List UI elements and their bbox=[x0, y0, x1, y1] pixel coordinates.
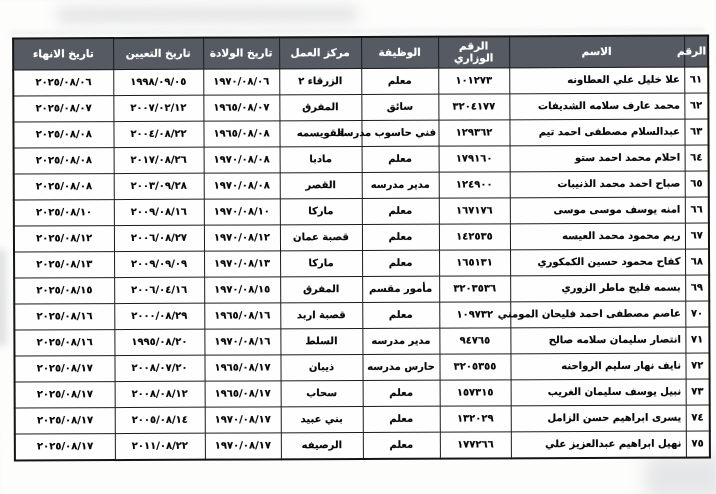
cell-name-value: احلام محمد احمد ستو bbox=[575, 153, 680, 164]
cell-job: معلم bbox=[362, 198, 439, 224]
cell-hire_date-value: ٢٠٠٨/٠٧/٢٠ bbox=[131, 363, 187, 374]
cell-hire_date-value: ٢٠١٧/٠٨/٢٦ bbox=[131, 155, 187, 166]
cell-id-value: ٦٩ bbox=[691, 282, 703, 293]
cell-ministry_no: ١٦٥١٣١ bbox=[439, 250, 510, 276]
cell-hire_date-value: ٢٠٠٣/٠٩/٢٨ bbox=[131, 181, 187, 192]
cell-name: احلام محمد احمد ستو bbox=[510, 145, 685, 172]
column-header-id: الرقم bbox=[684, 35, 708, 67]
cell-hire_date-value: ٢٠٠٨/٠٨/١٢ bbox=[132, 389, 188, 400]
cell-work_center-value: قصبة عمان bbox=[293, 232, 349, 243]
cell-job-value: معلم bbox=[389, 310, 413, 321]
cell-hire_date: ٢٠٠٦/٠٨/٢٧ bbox=[114, 225, 204, 251]
cell-birth_date: ١٩٧٠/٠٨/٠٦ bbox=[203, 69, 279, 95]
cell-ministry_no-value: ١٢٤٩٠٠ bbox=[456, 179, 493, 190]
cell-ministry_no-value: ١٧٧٢٦٦ bbox=[457, 439, 494, 450]
table-row: ٦٩بسمه فليح ماطر الزوري٣٢٠٣٥٣٦مأمور مقسم… bbox=[14, 275, 709, 304]
cell-work_center-value: القويسمه bbox=[297, 128, 344, 139]
cell-job-value: معلم bbox=[388, 206, 412, 217]
table-row: ٧٤يسرى ابراهيم حسن الزامل١٣٢٠٢٩معلمبني ع… bbox=[15, 405, 710, 434]
cell-ministry_no-value: ١٤٢٥٣٥ bbox=[456, 231, 493, 242]
cell-ministry_no: ١٤٢٥٣٥ bbox=[439, 224, 510, 250]
cell-birth_date-value: ١٩٧٠/٠٨/١٢ bbox=[214, 232, 270, 243]
cell-birth_date-value: ١٩٧٠/٠٨/١٥ bbox=[214, 284, 270, 295]
cell-name: صباح احمد محمد الذنيبات bbox=[510, 171, 685, 198]
cell-work_center: الزرقاء ٢ bbox=[279, 68, 361, 94]
table-row: ٦٤احلام محمد احمد ستو١٧٩١٦٠معلممادبا١٩٧٠… bbox=[14, 145, 709, 174]
cell-hire_date: ٢٠١٧/٠٨/٢٦ bbox=[114, 147, 204, 173]
cell-birth_date: ١٩٧٠/٠٨/١٣ bbox=[204, 251, 280, 277]
cell-end_date: ٢٠٢٥/٠٨/١٧ bbox=[15, 434, 115, 461]
cell-id-value: ٧٠ bbox=[691, 308, 703, 319]
table-row: ٧٥نهيل ابراهيم عبدالعزيز علي١٧٧٢٦٦معلمال… bbox=[15, 431, 710, 461]
cell-ministry_no: ٣٢٠٤١٧٧ bbox=[438, 94, 509, 120]
cell-end_date-value: ٢٠٢٥/٠٨/١٦ bbox=[37, 337, 93, 348]
cell-job: فني حاسوب مدرسة bbox=[361, 120, 438, 146]
cell-work_center-value: ماركا bbox=[308, 258, 333, 269]
cell-hire_date: ٢٠١١/٠٨/٢٢ bbox=[115, 433, 205, 460]
cell-end_date: ٢٠٢٥/٠٨/٠٨ bbox=[14, 174, 114, 200]
cell-birth_date-value: ١٩٦٥/٠٨/٠٨ bbox=[213, 128, 269, 139]
cell-hire_date-value: ٢٠١١/٠٨/٢٢ bbox=[132, 441, 188, 452]
cell-birth_date: ١٩٧٠/٠٨/١٧ bbox=[205, 433, 281, 460]
cell-ministry_no-value: ٩٤٧٦٥ bbox=[460, 335, 491, 346]
cell-ministry_no: ١٥٧٣١٥ bbox=[440, 380, 511, 406]
scan-smudge-top bbox=[57, 6, 357, 23]
cell-ministry_no: ١٦٧١٧٦ bbox=[439, 198, 510, 224]
cell-id-value: ٦٨ bbox=[691, 256, 703, 267]
cell-birth_date-value: ١٩٧٠/٠٨/١٠ bbox=[214, 206, 270, 217]
cell-id-value: ٦٤ bbox=[690, 152, 702, 163]
cell-birth_date-value: ١٩٧٠/٠٨/٠٦ bbox=[213, 76, 269, 87]
cell-work_center-value: الزرقاء ٢ bbox=[298, 76, 342, 87]
cell-work_center-value: المفرق bbox=[302, 102, 338, 113]
cell-id: ٦٩ bbox=[685, 275, 709, 301]
table-row: ٦٣عبدالسلام مصطفى احمد تيم١٢٩٣٦٢فني حاسو… bbox=[13, 119, 708, 148]
cell-birth_date: ١٩٧٠/٠٨/١٧ bbox=[205, 407, 281, 433]
table-header: الرقمالاسمالرقم الوزاريالوظيفةمركز العمل… bbox=[13, 35, 708, 70]
cell-ministry_no-value: ١٢٩٣٦٢ bbox=[456, 127, 493, 138]
cell-name: علا خليل علي العطاونه bbox=[509, 67, 684, 94]
cell-ministry_no-value: ٣٢٠٣٥٣٦ bbox=[453, 283, 496, 294]
cell-birth_date-value: ١٩٧٠/٠٨/٠٨ bbox=[214, 180, 270, 191]
cell-job-value: معلم bbox=[389, 440, 413, 451]
cell-name: كفاح محمود حسين الكمكوري bbox=[510, 249, 685, 276]
cell-name: انتصار سليمان سلامه صالح bbox=[510, 327, 685, 354]
cell-end_date-value: ٢٠٢٥/٠٨/١٣ bbox=[36, 259, 92, 270]
cell-birth_date-value: ١٩٦٥/٠٨/١٦ bbox=[214, 310, 270, 321]
cell-hire_date-value: ٢٠٠٧/٠٢/١٢ bbox=[130, 103, 186, 114]
cell-end_date-value: ٢٠٢٥/٠٨/١٥ bbox=[36, 285, 92, 296]
cell-work_center-value: السلط bbox=[305, 336, 337, 347]
cell-work_center-value: المفرق bbox=[303, 284, 339, 295]
cell-end_date-value: ٢٠٢٥/٠٨/٠٨ bbox=[36, 129, 92, 140]
cell-name-value: نبيل يوسف سليمان الغريب bbox=[548, 387, 681, 399]
cell-id: ٧٠ bbox=[685, 301, 709, 327]
cell-hire_date-value: ٢٠٠٦/٠٨/٢٧ bbox=[131, 233, 187, 244]
cell-end_date-value: ٢٠٢٥/٠٨/٠٧ bbox=[36, 103, 92, 114]
cell-work_center: ذيبان bbox=[280, 354, 362, 380]
cell-id-value: ٧٢ bbox=[691, 360, 703, 371]
cell-job: معلم bbox=[361, 68, 438, 94]
cell-job: معلم bbox=[363, 380, 440, 406]
cell-id: ٧٢ bbox=[685, 353, 709, 379]
cell-job: معلم bbox=[363, 432, 440, 459]
cell-job-value: مدير مدرسه bbox=[371, 180, 430, 191]
cell-work_center-value: القصر bbox=[305, 180, 336, 191]
cell-end_date: ٢٠٢٥/٠٨/١٥ bbox=[14, 278, 114, 304]
cell-birth_date: ١٩٦٥/٠٨/١٧ bbox=[205, 381, 281, 407]
cell-work_center-value: قصبة اربد bbox=[297, 310, 346, 321]
cell-birth_date: ١٩٧٠/٠٨/١٠ bbox=[204, 199, 280, 225]
cell-id: ٧٣ bbox=[686, 379, 710, 405]
cell-id: ٦٣ bbox=[684, 119, 708, 145]
cell-end_date-value: ٢٠٢٥/٠٨/١٧ bbox=[37, 415, 93, 426]
cell-job: معلم bbox=[362, 146, 439, 172]
cell-ministry_no-value: ١٠١٢٧٣ bbox=[455, 75, 492, 86]
cell-ministry_no: ٩٤٧٦٥ bbox=[439, 328, 510, 354]
column-header-birth_date: تاريخ الولادة bbox=[203, 37, 279, 69]
cell-name-value: بسمه فليح ماطر الزوري bbox=[561, 283, 680, 295]
cell-end_date: ٢٠٢٥/٠٨/٠٦ bbox=[13, 70, 113, 96]
cell-id-value: ٦٣ bbox=[690, 126, 702, 137]
cell-job: معلم bbox=[363, 406, 440, 432]
cell-hire_date: ٢٠٠٤/٠٨/٢٢ bbox=[113, 121, 203, 147]
cell-job-value: حارس مدرسه bbox=[367, 362, 435, 373]
cell-id: ٦٥ bbox=[685, 171, 709, 197]
cell-hire_date: ٢٠٠٥/٠٨/١٤ bbox=[115, 407, 205, 433]
cell-birth_date: ١٩٧٠/٠٨/٠٨ bbox=[204, 147, 280, 173]
cell-work_center: قصبة اربد bbox=[280, 302, 362, 328]
cell-hire_date: ٢٠٠٣/٠٩/٢٨ bbox=[114, 173, 204, 199]
cell-birth_date: ١٩٦٥/٠٨/١٧ bbox=[204, 355, 280, 381]
cell-name: بسمه فليح ماطر الزوري bbox=[510, 275, 685, 302]
cell-ministry_no: ١٠١٢٧٣ bbox=[438, 68, 509, 94]
cell-name: امنه يوسف موسى موسى bbox=[510, 197, 685, 224]
cell-name-value: ريم محمود محمد العيسه bbox=[562, 231, 680, 243]
cell-end_date-value: ٢٠٢٥/٠٨/٠٨ bbox=[36, 181, 92, 192]
cell-work_center: مادبا bbox=[280, 146, 362, 172]
cell-job-value: مدير مدرسه bbox=[371, 336, 430, 347]
cell-job-value: مأمور مقسم bbox=[369, 284, 432, 295]
cell-end_date-value: ٢٠٢٥/٠٨/١٧ bbox=[37, 441, 93, 452]
cell-job-value: معلم bbox=[389, 258, 413, 269]
cell-job-value: فني حاسوب مدرسة bbox=[338, 128, 437, 139]
cell-ministry_no: ١٢٩٣٦٢ bbox=[438, 120, 509, 146]
cell-birth_date: ١٩٦٥/٠٨/٠٧ bbox=[203, 95, 279, 121]
cell-name: نايف نهار سليم الرواحنه bbox=[510, 353, 685, 380]
cell-ministry_no-value: ٣٢٠٤١٧٧ bbox=[452, 101, 495, 112]
cell-hire_date: ٢٠٠٩/٠٩/٠٩ bbox=[114, 251, 204, 277]
cell-name-value: نايف نهار سليم الرواحنه bbox=[561, 361, 681, 373]
table-row: ٧٣نبيل يوسف سليمان الغريب١٥٧٣١٥معلمسحاب١… bbox=[15, 379, 710, 408]
cell-work_center-value: ماركا bbox=[308, 206, 333, 217]
cell-name-value: نهيل ابراهيم عبدالعزيز علي bbox=[545, 439, 681, 451]
cell-end_date-value: ٢٠٢٥/٠٨/١٠ bbox=[36, 207, 92, 218]
cell-name-value: محمد عارف سلامه الشديفات bbox=[538, 101, 680, 113]
cell-name-value: صباح احمد محمد الذنيبات bbox=[557, 179, 680, 191]
cell-job: مدير مدرسه bbox=[362, 328, 439, 354]
cell-job-value: معلم bbox=[388, 154, 412, 165]
cell-name-value: عاصم مصطفى احمد فليحان المومني bbox=[498, 309, 681, 321]
cell-ministry_no-value: ١٥٧٣١٥ bbox=[457, 387, 494, 398]
cell-hire_date-value: ٢٠٠٤/٠٨/٢٢ bbox=[130, 129, 186, 140]
cell-birth_date-value: ١٩٧٠/٠٨/١٣ bbox=[214, 258, 270, 269]
cell-end_date: ٢٠٢٥/٠٨/٠٨ bbox=[14, 148, 114, 174]
cell-id: ٦٢ bbox=[684, 93, 708, 119]
cell-ministry_no-value: ٣٢٠٥٣٥٥ bbox=[454, 361, 497, 372]
cell-work_center: المفرق bbox=[280, 276, 362, 302]
cell-birth_date-value: ١٩٧٠/٠٨/٠٨ bbox=[214, 154, 270, 165]
cell-work_center: قصبة عمان bbox=[280, 224, 362, 250]
cell-work_center-value: ذيبان bbox=[309, 362, 334, 373]
cell-id: ٦٤ bbox=[685, 145, 709, 171]
cell-end_date-value: ٢٠٢٥/٠٨/٠٨ bbox=[36, 155, 92, 166]
cell-hire_date-value: ٢٠٠٩/٠٨/١٦ bbox=[131, 207, 187, 218]
cell-hire_date: ٢٠٠٨/٠٨/١٢ bbox=[115, 381, 205, 407]
cell-birth_date-value: ١٩٦٥/٠٨/١٧ bbox=[214, 362, 270, 373]
cell-ministry_no: ١٢٤٩٠٠ bbox=[439, 172, 510, 198]
cell-end_date-value: ٢٠٢٥/٠٨/١٧ bbox=[37, 363, 93, 374]
cell-work_center: الرصيفه bbox=[281, 432, 363, 459]
cell-birth_date: ١٩٧٠/٠٨/١٦ bbox=[204, 329, 280, 355]
cell-end_date-value: ٢٠٢٥/٠٨/٠٦ bbox=[35, 77, 91, 88]
cell-birth_date-value: ١٩٦٥/٠٨/٠٧ bbox=[213, 102, 269, 113]
cell-id-value: ٦٧ bbox=[691, 230, 703, 241]
cell-birth_date-value: ١٩٧٠/٠٨/١٧ bbox=[215, 414, 271, 425]
table-row: ٦١علا خليل علي العطاونه١٠١٢٧٣معلمالزرقاء… bbox=[13, 67, 708, 96]
cell-job: معلم bbox=[362, 302, 439, 328]
cell-id: ٦١ bbox=[684, 67, 708, 93]
cell-work_center: القصر bbox=[280, 172, 362, 198]
cell-end_date: ٢٠٢٥/٠٨/١٦ bbox=[14, 330, 114, 356]
table-row: ٦٦امنه يوسف موسى موسى١٦٧١٧٦معلمماركا١٩٧٠… bbox=[14, 197, 709, 226]
cell-hire_date: ٢٠٠٧/٠٢/١٢ bbox=[113, 95, 203, 121]
cell-hire_date: ٢٠٠٨/٠٧/٢٠ bbox=[114, 355, 204, 381]
table-body: ٦١علا خليل علي العطاونه١٠١٢٧٣معلمالزرقاء… bbox=[13, 67, 710, 461]
cell-job: معلم bbox=[362, 224, 439, 250]
staff-termination-table: الرقمالاسمالرقم الوزاريالوظيفةمركز العمل… bbox=[12, 34, 711, 461]
cell-id-value: ٦٦ bbox=[690, 204, 702, 215]
cell-birth_date-value: ١٩٦٥/٠٨/١٧ bbox=[215, 388, 271, 399]
cell-birth_date: ١٩٧٠/٠٨/٠٨ bbox=[204, 173, 280, 199]
cell-ministry_no-value: ١٠٩٧٣٢ bbox=[456, 309, 493, 320]
cell-end_date-value: ٢٠٢٥/٠٨/١٢ bbox=[36, 233, 92, 244]
cell-job-value: معلم bbox=[389, 388, 413, 399]
table-row: ٦٧ريم محمود محمد العيسه١٤٢٥٣٥معلمقصبة عم… bbox=[14, 223, 709, 252]
cell-ministry_no-value: ١٧٩١٦٠ bbox=[456, 153, 493, 164]
cell-hire_date: ١٩٩٨/٠٩/٠٥ bbox=[113, 69, 203, 95]
cell-end_date: ٢٠٢٥/٠٨/١٧ bbox=[14, 356, 114, 382]
table-row: ٧٢نايف نهار سليم الرواحنه٣٢٠٥٣٥٥حارس مدر… bbox=[14, 353, 709, 382]
cell-hire_date: ٢٠٠٠/٠٨/٢٩ bbox=[114, 303, 204, 329]
cell-id: ٦٨ bbox=[685, 249, 709, 275]
cell-job: مدير مدرسه bbox=[362, 172, 439, 198]
cell-end_date: ٢٠٢٥/٠٨/١٧ bbox=[15, 408, 115, 434]
column-header-name: الاسم bbox=[509, 36, 684, 68]
cell-birth_date-value: ١٩٧٠/٠٨/١٦ bbox=[214, 336, 270, 347]
cell-ministry_no: ٣٢٠٥٣٥٥ bbox=[439, 354, 510, 380]
scan-smudge-bottom-right bbox=[645, 454, 716, 494]
cell-ministry_no: ١٧٧٢٦٦ bbox=[440, 432, 511, 459]
cell-hire_date-value: ٢٠٠٦/٠٤/١٦ bbox=[131, 285, 187, 296]
scan-smudge-left-edge bbox=[0, 250, 6, 346]
cell-name-value: يسرى ابراهيم حسن الزامل bbox=[547, 413, 681, 425]
cell-hire_date: ٢٠٠٩/٠٨/١٦ bbox=[114, 199, 204, 225]
cell-id-value: ٧٣ bbox=[691, 386, 703, 397]
cell-hire_date-value: ٢٠٠٠/٠٨/٢٩ bbox=[131, 311, 187, 322]
cell-name: ريم محمود محمد العيسه bbox=[510, 223, 685, 250]
cell-job-value: معلم bbox=[389, 232, 413, 243]
cell-id-value: ٦١ bbox=[690, 74, 702, 85]
cell-id: ٦٧ bbox=[685, 223, 709, 249]
cell-job-value: معلم bbox=[389, 414, 413, 425]
cell-birth_date: ١٩٧٠/٠٨/١٢ bbox=[204, 225, 280, 251]
cell-name: نبيل يوسف سليمان الغريب bbox=[511, 379, 686, 406]
column-header-hire_date: تاريخ التعيين bbox=[113, 38, 203, 70]
cell-end_date: ٢٠٢٥/٠٨/١٧ bbox=[15, 382, 115, 408]
cell-hire_date: ٢٠٠٦/٠٤/١٦ bbox=[114, 277, 204, 303]
column-header-ministry_no: الرقم الوزاري bbox=[438, 36, 509, 68]
cell-id: ٧٥ bbox=[686, 431, 710, 458]
cell-hire_date: ١٩٩٥/٠٨/٢٠ bbox=[114, 329, 204, 355]
cell-work_center-value: مادبا bbox=[309, 154, 332, 165]
cell-id: ٧١ bbox=[685, 327, 709, 353]
cell-name-value: عبدالسلام مصطفى احمد تيم bbox=[539, 127, 680, 139]
cell-end_date: ٢٠٢٥/٠٨/١٠ bbox=[14, 200, 114, 226]
cell-hire_date-value: ٢٠٠٥/٠٨/١٤ bbox=[132, 415, 188, 426]
cell-job-value: سائق bbox=[387, 102, 413, 113]
cell-job: سائق bbox=[361, 94, 438, 120]
cell-job: حارس مدرسه bbox=[362, 354, 439, 380]
cell-name: يسرى ابراهيم حسن الزامل bbox=[511, 405, 686, 432]
cell-ministry_no: ١٣٢٠٢٩ bbox=[440, 406, 511, 432]
cell-name: عبدالسلام مصطفى احمد تيم bbox=[509, 119, 684, 146]
cell-birth_date: ١٩٧٠/٠٨/١٥ bbox=[204, 277, 280, 303]
cell-id: ٦٦ bbox=[685, 197, 709, 223]
cell-ministry_no-value: ١٦٥١٣١ bbox=[456, 257, 493, 268]
cell-job: مأمور مقسم bbox=[362, 276, 439, 302]
cell-work_center: السلط bbox=[280, 328, 362, 354]
table-row: ٦٢محمد عارف سلامه الشديفات٣٢٠٤١٧٧سائقالم… bbox=[13, 93, 708, 122]
cell-work_center-value: بني عبيد bbox=[301, 414, 343, 425]
cell-name-value: امنه يوسف موسى موسى bbox=[554, 205, 681, 217]
cell-end_date: ٢٠٢٥/٠٨/٠٧ bbox=[13, 96, 113, 122]
cell-end_date: ٢٠٢٥/٠٨/١٦ bbox=[14, 304, 114, 330]
cell-work_center: ماركا bbox=[280, 250, 362, 276]
cell-name: عاصم مصطفى احمد فليحان المومني bbox=[510, 301, 685, 328]
cell-name-value: علا خليل علي العطاونه bbox=[567, 75, 680, 86]
cell-end_date-value: ٢٠٢٥/٠٨/١٦ bbox=[36, 311, 92, 322]
cell-id-value: ٧١ bbox=[691, 334, 703, 345]
cell-hire_date-value: ١٩٩٨/٠٩/٠٥ bbox=[130, 77, 186, 88]
cell-end_date: ٢٠٢٥/٠٨/٠٨ bbox=[13, 122, 113, 148]
cell-ministry_no-value: ١٦٧١٧٦ bbox=[456, 205, 493, 216]
cell-work_center-value: الرصيفه bbox=[302, 440, 342, 451]
cell-hire_date-value: ١٩٩٥/٠٨/٢٠ bbox=[131, 337, 187, 348]
column-header-work_center: مركز العمل bbox=[279, 37, 361, 69]
cell-end_date-value: ٢٠٢٥/٠٨/١٧ bbox=[37, 389, 93, 400]
table-row: ٧٠عاصم مصطفى احمد فليحان المومني١٠٩٧٣٢مع… bbox=[14, 301, 709, 330]
cell-hire_date-value: ٢٠٠٩/٠٩/٠٩ bbox=[131, 259, 187, 270]
cell-work_center-value: سحاب bbox=[306, 388, 337, 399]
cell-work_center: بني عبيد bbox=[281, 406, 363, 432]
cell-id-value: ٧٥ bbox=[691, 438, 703, 449]
cell-id-value: ٧٤ bbox=[691, 412, 703, 423]
cell-job: معلم bbox=[362, 250, 439, 276]
cell-id-value: ٦٥ bbox=[690, 178, 702, 189]
cell-job-value: معلم bbox=[388, 76, 412, 87]
cell-id: ٧٤ bbox=[686, 405, 710, 431]
column-header-end_date: تاريخ الانهاء bbox=[13, 38, 113, 70]
cell-end_date: ٢٠٢٥/٠٨/١٢ bbox=[14, 226, 114, 252]
cell-ministry_no: ١٧٩١٦٠ bbox=[439, 146, 510, 172]
table-row: ٦٥صباح احمد محمد الذنيبات١٢٤٩٠٠مدير مدرس… bbox=[14, 171, 709, 200]
table-header-row: الرقمالاسمالرقم الوزاريالوظيفةمركز العمل… bbox=[13, 35, 708, 70]
table-row: ٦٨كفاح محمود حسين الكمكوري١٦٥١٣١معلممارك… bbox=[14, 249, 709, 278]
cell-birth_date: ١٩٦٥/٠٨/٠٨ bbox=[203, 121, 279, 147]
cell-end_date: ٢٠٢٥/٠٨/١٣ bbox=[14, 252, 114, 278]
cell-id-value: ٦٢ bbox=[690, 100, 702, 111]
cell-name: نهيل ابراهيم عبدالعزيز علي bbox=[511, 431, 686, 458]
cell-ministry_no-value: ١٣٢٠٢٩ bbox=[457, 413, 494, 424]
cell-birth_date: ١٩٦٥/٠٨/١٦ bbox=[204, 303, 280, 329]
cell-name-value: كفاح محمود حسين الكمكوري bbox=[537, 257, 680, 269]
cell-name: محمد عارف سلامه الشديفات bbox=[509, 93, 684, 120]
cell-name-value: انتصار سليمان سلامه صالح bbox=[549, 335, 681, 347]
column-header-job: الوظيفة bbox=[361, 37, 438, 69]
cell-work_center: المفرق bbox=[279, 94, 361, 120]
cell-birth_date-value: ١٩٧٠/٠٨/١٧ bbox=[215, 440, 271, 451]
scanned-document-page: الرقمالاسمالرقم الوزاريالوظيفةمركز العمل… bbox=[0, 0, 716, 494]
cell-work_center: سحاب bbox=[281, 380, 363, 406]
scan-smudge-above-table bbox=[9, 28, 705, 34]
table-row: ٧١انتصار سليمان سلامه صالح٩٤٧٦٥مدير مدرس… bbox=[14, 327, 709, 356]
cell-ministry_no: ٣٢٠٣٥٣٦ bbox=[439, 276, 510, 302]
cell-work_center: ماركا bbox=[280, 198, 362, 224]
